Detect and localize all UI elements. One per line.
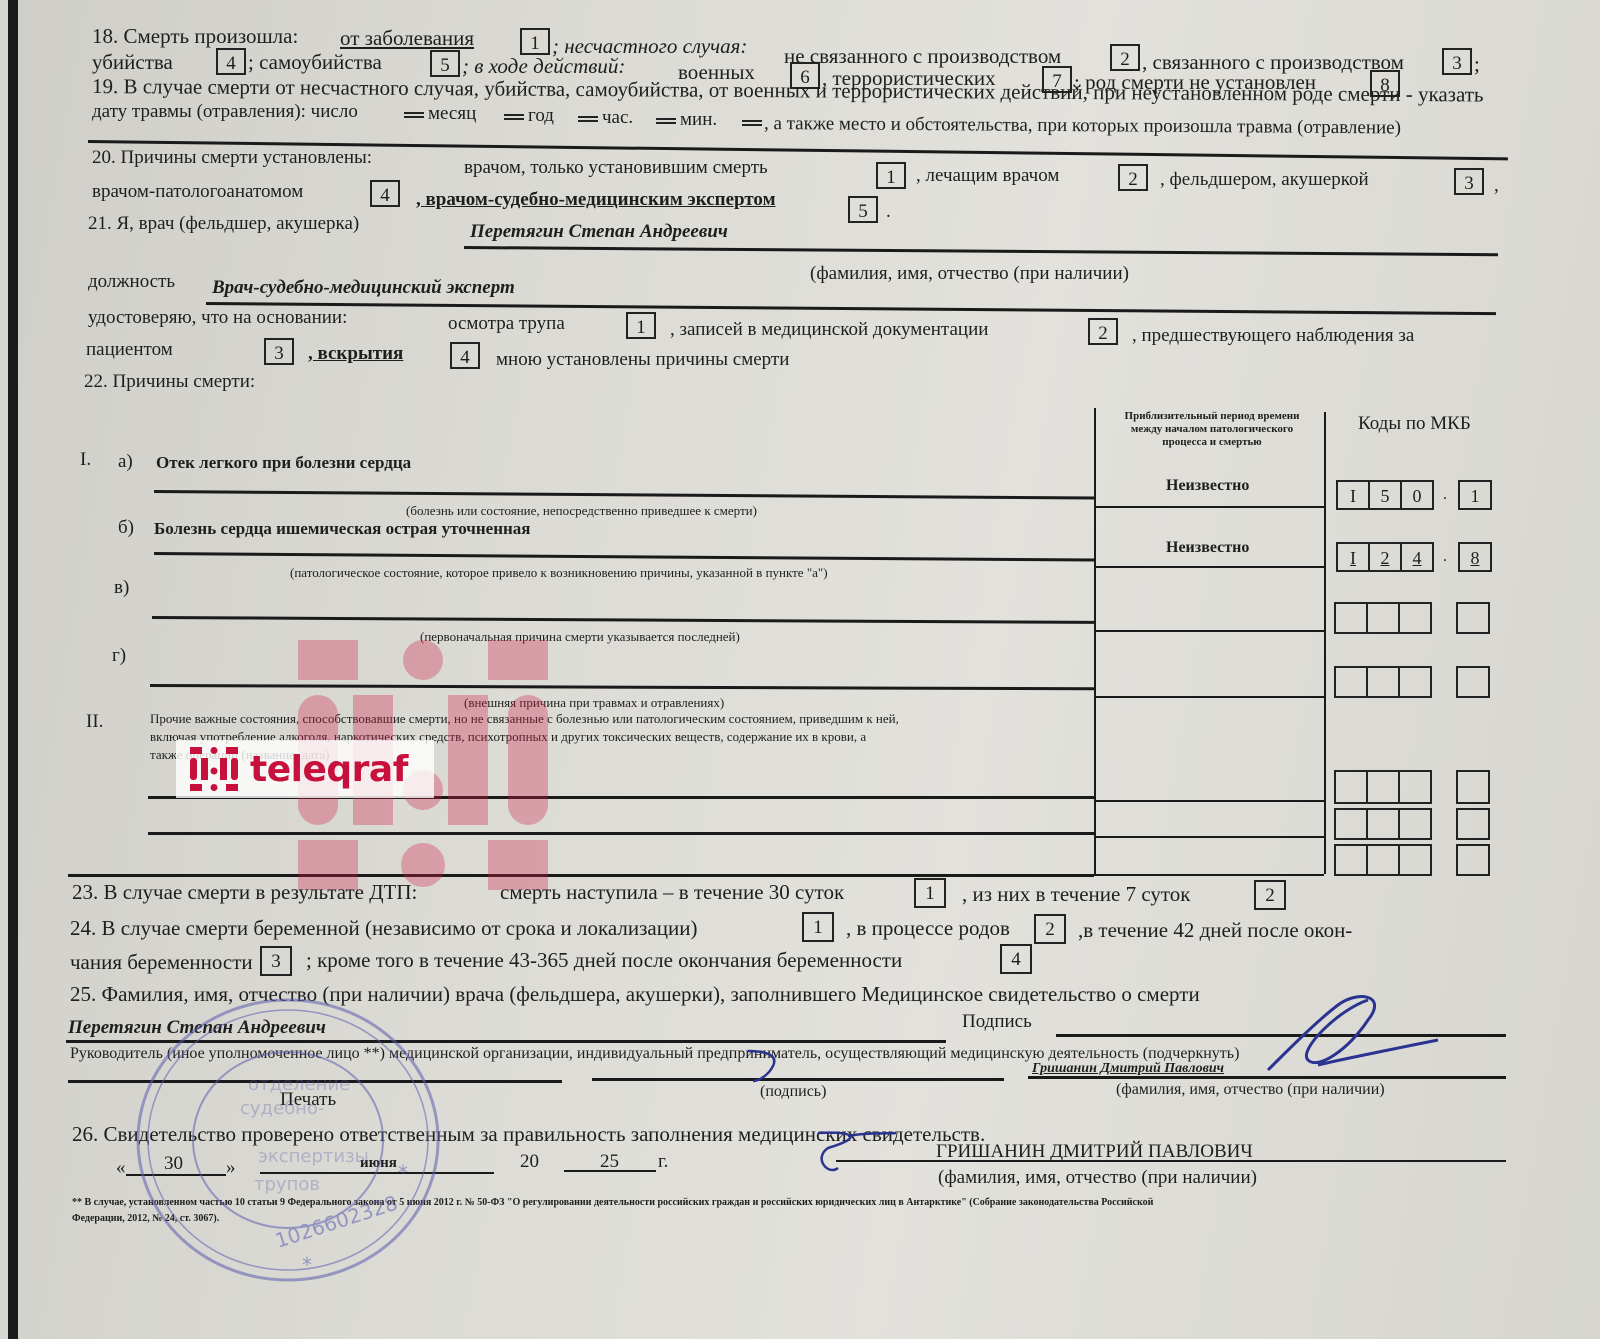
s21-name-line: [464, 246, 1498, 256]
s24-end: чания беременности: [70, 952, 253, 973]
icd-spacer: [1430, 666, 1456, 698]
s21-box-1: 1: [626, 312, 656, 339]
s22-col-divider-2: [1324, 412, 1326, 874]
s22-row-a-line: [154, 490, 1094, 500]
s23-box-1: 1: [914, 878, 946, 908]
icd-cell[interactable]: [1366, 602, 1400, 634]
s18-box-1: 1: [520, 28, 550, 55]
s19-min-field: [742, 120, 762, 126]
s22-row-g-period-line: [1094, 696, 1324, 698]
s18-box-3: 3: [1442, 48, 1472, 75]
s23-label: 23. В случае смерти в результате ДТП:: [72, 882, 417, 903]
s26-quote-open: «: [116, 1158, 126, 1177]
s20-box-2: 2: [1118, 164, 1148, 191]
s25-sig-hint: (подпись): [760, 1084, 826, 1100]
icd-cell: 5: [1368, 480, 1402, 510]
s22-row-v-line: [152, 616, 1094, 624]
s21-exam: осмотра трупа: [448, 314, 565, 333]
s22-row-v-letter: в): [114, 578, 129, 597]
s21-established: мною установлены причины смерти: [496, 350, 789, 369]
icd-cell[interactable]: [1366, 844, 1400, 876]
icd-cell-ext[interactable]: [1456, 770, 1490, 804]
s19-month: месяц: [428, 104, 476, 123]
s20-comma: ,: [1494, 176, 1499, 195]
icd-cell[interactable]: [1398, 666, 1432, 698]
s22-part2-icd-3: [1334, 844, 1488, 876]
icd-cell[interactable]: [1398, 808, 1432, 840]
period-header-line: между началом патологического: [1102, 423, 1322, 436]
icd-cell[interactable]: [1366, 808, 1400, 840]
s23-within7: , из них в течение 7 суток: [962, 884, 1190, 905]
svg-text:1026602328: 1026602328: [272, 1191, 400, 1253]
s21-records: , записей в медицинской документации: [670, 320, 988, 339]
icd-cell[interactable]: [1366, 666, 1400, 698]
s24-birth: , в процессе родов: [846, 918, 1010, 939]
s22-icd-header: Коды по МКБ: [1358, 414, 1471, 433]
s25-sign-label: Подпись: [962, 1012, 1032, 1031]
doctor-signature-icon: [1248, 990, 1448, 1090]
s19-year-field: [578, 116, 598, 122]
icd-cell[interactable]: [1398, 602, 1432, 634]
s22-row-b-icd: I 2 4 . 8: [1336, 542, 1490, 572]
s24-label: 24. В случае смерти беременной (независи…: [70, 918, 697, 939]
icd-cell-ext: 1: [1458, 480, 1492, 510]
s21-name-hint: (фамилия, имя, отчество (при наличии): [810, 264, 1129, 283]
s22-part2-line-2: [148, 832, 1094, 835]
s24-also: ; кроме того в течение 43-365 дней после…: [306, 950, 902, 971]
s19-hour-field: [656, 118, 676, 124]
svg-text:экспертизы: экспертизы: [258, 1146, 369, 1167]
s21-label: 21. Я, врач (фельдшер, акушерка): [88, 214, 359, 233]
icd-cell[interactable]: [1334, 666, 1368, 698]
certificate-page: 18. Смерть произошла: от заболевания 1 ;…: [8, 0, 1600, 1339]
s22-part2-icd-2: [1334, 808, 1488, 840]
s20-box-1: 1: [876, 162, 906, 189]
s22-row-b-line: [154, 552, 1094, 562]
official-stamp-icon: отделение судебно- экспертизы трупов 102…: [128, 990, 448, 1290]
s18-murder: убийства: [92, 52, 173, 73]
s21-box-2: 2: [1088, 318, 1118, 345]
s22-row-b-hint: (патологическое состояние, которое приве…: [290, 566, 828, 579]
icd-cell[interactable]: [1398, 770, 1432, 804]
icd-cell: I: [1336, 480, 1370, 510]
s24-box-4: 4: [1000, 944, 1032, 974]
icd-cell: 0: [1400, 480, 1434, 510]
s19-min: мин.: [680, 110, 717, 129]
s21-position: Врач-судебно-медицинский эксперт: [212, 278, 515, 297]
s22-part2-period-line-1: [1094, 800, 1324, 802]
s22-row-a-icd: I 5 0 . 1: [1336, 480, 1490, 510]
period-header-line: Приблизительный период времени: [1102, 410, 1322, 423]
period-header-line: процесса и смертью: [1102, 436, 1322, 449]
s21-patient: пациентом: [86, 340, 173, 359]
s22-label: 22. Причины смерти:: [84, 372, 255, 391]
icd-cell-ext[interactable]: [1456, 844, 1490, 876]
s20-feldsher: , фельдшером, акушеркой: [1160, 170, 1369, 189]
s19-year: год: [528, 106, 554, 125]
svg-text:*: *: [398, 1161, 408, 1185]
photo-edge: [8, 0, 18, 1339]
s22-part1: I.: [80, 450, 91, 469]
icd-spacer: [1430, 770, 1456, 804]
icd-dot: .: [1432, 542, 1458, 572]
icd-cell[interactable]: [1334, 808, 1368, 840]
s18-action: ; в ходе действий:: [462, 56, 625, 77]
icd-cell[interactable]: [1334, 844, 1368, 876]
s22-row-b-period-line: [1094, 566, 1324, 568]
s26-year: 25: [600, 1152, 619, 1171]
icd-dot: .: [1432, 480, 1458, 510]
s21-autopsy: , вскрытия: [308, 344, 403, 363]
s22-row-g-letter: г): [112, 646, 126, 665]
s18-box-2: 2: [1110, 44, 1140, 71]
s22-row-g-icd: [1334, 666, 1488, 698]
s26-name-hint: (фамилия, имя, отчество (при наличии): [938, 1168, 1257, 1187]
icd-cell[interactable]: [1334, 770, 1368, 804]
s22-col-divider-1: [1094, 408, 1096, 876]
s20-period: .: [886, 202, 891, 221]
s26-century: 20: [520, 1152, 539, 1171]
s20-box-5: 5: [848, 196, 878, 223]
s22-part2-icd-1: [1334, 770, 1488, 804]
s22-row-v-period-line: [1094, 630, 1324, 632]
icd-cell[interactable]: [1398, 844, 1432, 876]
s21-position-label: должность: [88, 272, 175, 291]
s22-part2: II.: [86, 712, 103, 731]
icd-cell[interactable]: [1334, 602, 1368, 634]
svg-text:отделение: отделение: [248, 1074, 350, 1095]
s21-box-4: 4: [450, 342, 480, 369]
icd-spacer: [1430, 844, 1456, 876]
watermark-brand: teleqraf: [250, 749, 408, 790]
s19-day-field: [404, 112, 424, 118]
s18-not-work: не связанного с производством: [784, 46, 1061, 67]
s20-only-doctor: врачом, только установившим смерть: [464, 158, 768, 177]
s21-certify: удостоверяю, что на основании:: [88, 308, 347, 327]
s24-box-2: 2: [1034, 914, 1066, 944]
s22-row-b-text: Болезнь сердца ишемическая острая уточне…: [154, 520, 530, 537]
s26-year-suffix: г.: [658, 1152, 668, 1171]
icd-spacer: [1430, 602, 1456, 634]
s22-part2-line-3: [68, 874, 1094, 877]
s19-date-label: дату травмы (отравления): число: [92, 102, 358, 121]
s18-disease: от заболевания: [340, 28, 474, 49]
s22-row-g-line: [150, 684, 1094, 690]
s22-part2-period-line-3: [1094, 874, 1324, 876]
head-signature-icon: [738, 1046, 818, 1086]
icd-cell-ext[interactable]: [1456, 602, 1490, 634]
icd-cell-ext[interactable]: [1456, 808, 1490, 840]
s18-suicide: ; самоубийства: [248, 52, 382, 73]
s22-part2-period-line-2: [1094, 836, 1324, 838]
s23-box-2: 2: [1254, 880, 1286, 910]
s22-row-a-period-line: [1094, 506, 1324, 508]
icd-spacer: [1430, 808, 1456, 840]
s20-patho: врачом-патологоанатомом: [92, 182, 303, 201]
s22-row-a-period: Неизвестно: [1166, 478, 1249, 494]
svg-text:*: *: [302, 1253, 312, 1277]
s19-tail: , а также место и обстоятельства, при ко…: [764, 114, 1401, 137]
s24-within42: ,в течение 42 дней после окон-: [1078, 920, 1352, 941]
s20-label: 20. Причины смерти установлены:: [92, 148, 372, 167]
s19-hour: час.: [602, 108, 633, 127]
icd-cell-ext[interactable]: [1456, 666, 1490, 698]
svg-text:судебно-: судебно-: [240, 1098, 324, 1119]
s24-box-1: 1: [802, 912, 834, 942]
icd-cell: I: [1336, 542, 1370, 572]
icd-cell: 4: [1400, 542, 1434, 572]
svg-text:трупов: трупов: [254, 1174, 320, 1195]
watermark-logo: teleqraf: [176, 740, 434, 798]
s25-head-name: Гришанин Дмитрий Павлович: [1032, 1062, 1224, 1076]
s20-box-3: 3: [1454, 168, 1484, 195]
s20-box-4: 4: [370, 180, 400, 207]
s22-row-v-icd: [1334, 602, 1488, 634]
s22-row-a-letter: а): [118, 452, 133, 471]
icd-cell-ext: 8: [1458, 542, 1492, 572]
s21-name: Перетягин Степан Андреевич: [470, 222, 728, 241]
s26-checker-line: [836, 1160, 1506, 1162]
s21-position-line: [206, 302, 1496, 315]
teleqraf-logo-icon: [190, 747, 238, 791]
s24-box-3: 3: [260, 946, 292, 976]
s22-row-b-letter: б): [118, 518, 134, 537]
s22-period-header: Приблизительный период времени между нач…: [1102, 410, 1322, 449]
s21-box-3: 3: [264, 338, 294, 365]
icd-cell: 2: [1368, 542, 1402, 572]
s23-within30: смерть наступила – в течение 30 суток: [500, 882, 844, 903]
s26-year-line: [564, 1170, 656, 1172]
s20-treating: , лечащим врачом: [916, 166, 1059, 185]
s18-label: 18. Смерть произошла:: [92, 26, 298, 47]
s22-row-a-text: Отек легкого при болезни сердца: [156, 454, 411, 471]
s18-box-5: 5: [430, 50, 460, 77]
s21-observation: , предшествующего наблюдения за: [1132, 326, 1414, 345]
checker-signature-icon: [808, 1128, 898, 1182]
icd-cell[interactable]: [1366, 770, 1400, 804]
s18-semicolon: ;: [1474, 54, 1480, 75]
s22-row-b-period: Неизвестно: [1166, 540, 1249, 556]
s19-month-field: [504, 114, 524, 120]
s26-checker: ГРИШАНИН ДМИТРИЙ ПАВЛОВИЧ: [936, 1142, 1253, 1161]
s18-box-4: 4: [216, 48, 246, 75]
s20-forensic: , врачом-судебно-медицинским экспертом: [416, 190, 776, 209]
s22-row-a-hint: (болезнь или состояние, непосредственно …: [406, 504, 757, 517]
